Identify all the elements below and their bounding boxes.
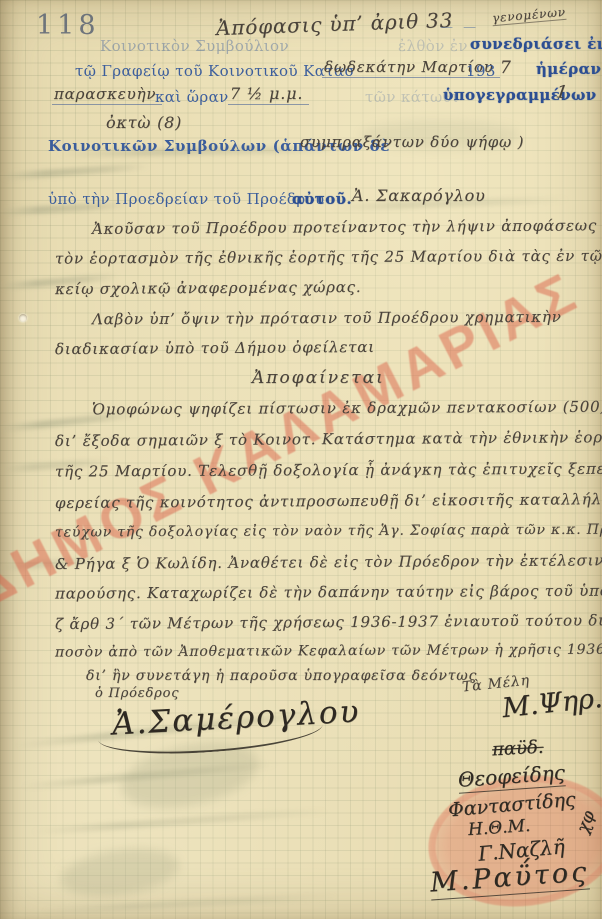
form-line4-printed: καὶ ὥραν <box>155 88 229 106</box>
body-line: ζ ἄρθ 3´ τῶν Μέτρων τῆς χρήσεως 1936-193… <box>55 611 602 633</box>
body-line: τῆς 25 Μαρτίου. Τελεσθῇ δοξολογία ᾗ ἀνάγ… <box>55 460 602 481</box>
marginal-annotation: γενομένων <box>491 5 566 26</box>
body-line: παρούσης. Καταχωρίζει δὲ τὴν δαπάνην ταύ… <box>55 581 602 602</box>
body-line: φερείας τῆς κοινότητος ἀντιπροσωπευθῇ δι… <box>55 490 602 512</box>
form-line7-stamped: αὐτοῦ. <box>292 190 352 208</box>
member-signature: παϋδ. <box>491 737 544 761</box>
form-line3-year-handwritten: 7 <box>500 58 512 78</box>
body-line: Ἀκοῦσαν τοῦ Προέδρου προτείναντος τὴν λή… <box>92 216 602 238</box>
form-line7-printed: ὑπὸ τὴν Προεδρείαν τοῦ Προέδρου <box>48 190 324 208</box>
bleed-through-smudge <box>40 892 340 915</box>
president-name-handwritten: Ἀ. Σακαρόγλου <box>352 186 486 205</box>
form-line2-trail: ἐλθὸν ἐν <box>398 37 468 55</box>
body-line: τεύχων τῆς δοξολογίας εἰς τὸν ναὸν τῆς Ἁ… <box>55 521 602 540</box>
form-line3-stamped: ἡμέραν <box>536 60 601 78</box>
scanned-document-page: ΔΗΜΟΣ ΚΑΛΑΜΑΡΙΑΣ 118 Ἀπόφασις ὑπ’ ἀριθ 3… <box>0 0 602 919</box>
body-line: κείῳ σχολικῷ ἀναφερομένας χώρας. <box>55 278 362 298</box>
body-line: Ὁμοφώνως ψηφίζει πίστωσιν ἐκ δραχμῶν πεν… <box>92 398 602 419</box>
form-line2-printed: Κοινοτικὸν Συμβούλιον <box>100 37 289 55</box>
body-line: τὸν ἑορτασμὸν τῆς ἐθνικῆς ἑορτῆς τῆς 25 … <box>55 246 602 267</box>
title-dashes: — — <box>440 20 479 35</box>
form-line4-stamped: ὑπογεγραμμένων <box>443 86 597 104</box>
form-line4-time-handwritten: 7 ½ μ.μ. <box>228 84 309 105</box>
form-line6-handwritten: συμπραξάντων δύο ψήφῳ ) <box>300 133 524 151</box>
body-line: διαδικασίαν ὑπὸ τοῦ Δήμου ὀφείλεται <box>55 338 375 358</box>
form-line2-stamped: συνεδριάσει ἐν <box>470 35 602 53</box>
body-line: & Ρήγα ξ Ὁ Κωλίδη. Ἀναθέτει δὲ εἰς τὸν Π… <box>55 551 602 573</box>
page-number: 118 <box>36 10 100 41</box>
bleed-through-smudge <box>30 808 330 836</box>
president-label: ὁ Πρόεδρος <box>95 686 179 701</box>
closing-line: δι’ ἣν συνετάγη ἡ παροῦσα ὑπογραφεῖσα δε… <box>86 668 477 684</box>
form-line3-printed: τῷ Γραφείῳ τοῦ Κοινοτικοῦ Κατασ <box>75 62 355 80</box>
decision-title: Ἀπόφασις ὑπ’ ἀριθ 33 <box>216 8 454 40</box>
form-line3-year-printed: 193 <box>466 62 496 80</box>
bleed-through-smudge <box>57 842 182 903</box>
paper-hole <box>19 314 27 322</box>
count-handwritten: ὀκτὼ (8) <box>106 113 182 132</box>
body-line: Λαβὸν ὑπ’ ὄψιν τὴν πρότασιν τοῦ Προέδρου… <box>92 308 562 328</box>
body-line: δι’ ἔξοδα σημαιῶν ξ τὸ Κοινοτ. Κατάστημα… <box>55 428 602 450</box>
body-decision-word: Ἀποφαίνεται <box>252 368 385 388</box>
body-line: ποσὸν ἀπὸ τῶν Ἀποθεματικῶν Κεφαλαίων τῶν… <box>55 641 602 660</box>
form-line4-day-handwritten: παρασκευὴν <box>52 85 162 105</box>
bleed-through-smudge <box>0 163 150 180</box>
